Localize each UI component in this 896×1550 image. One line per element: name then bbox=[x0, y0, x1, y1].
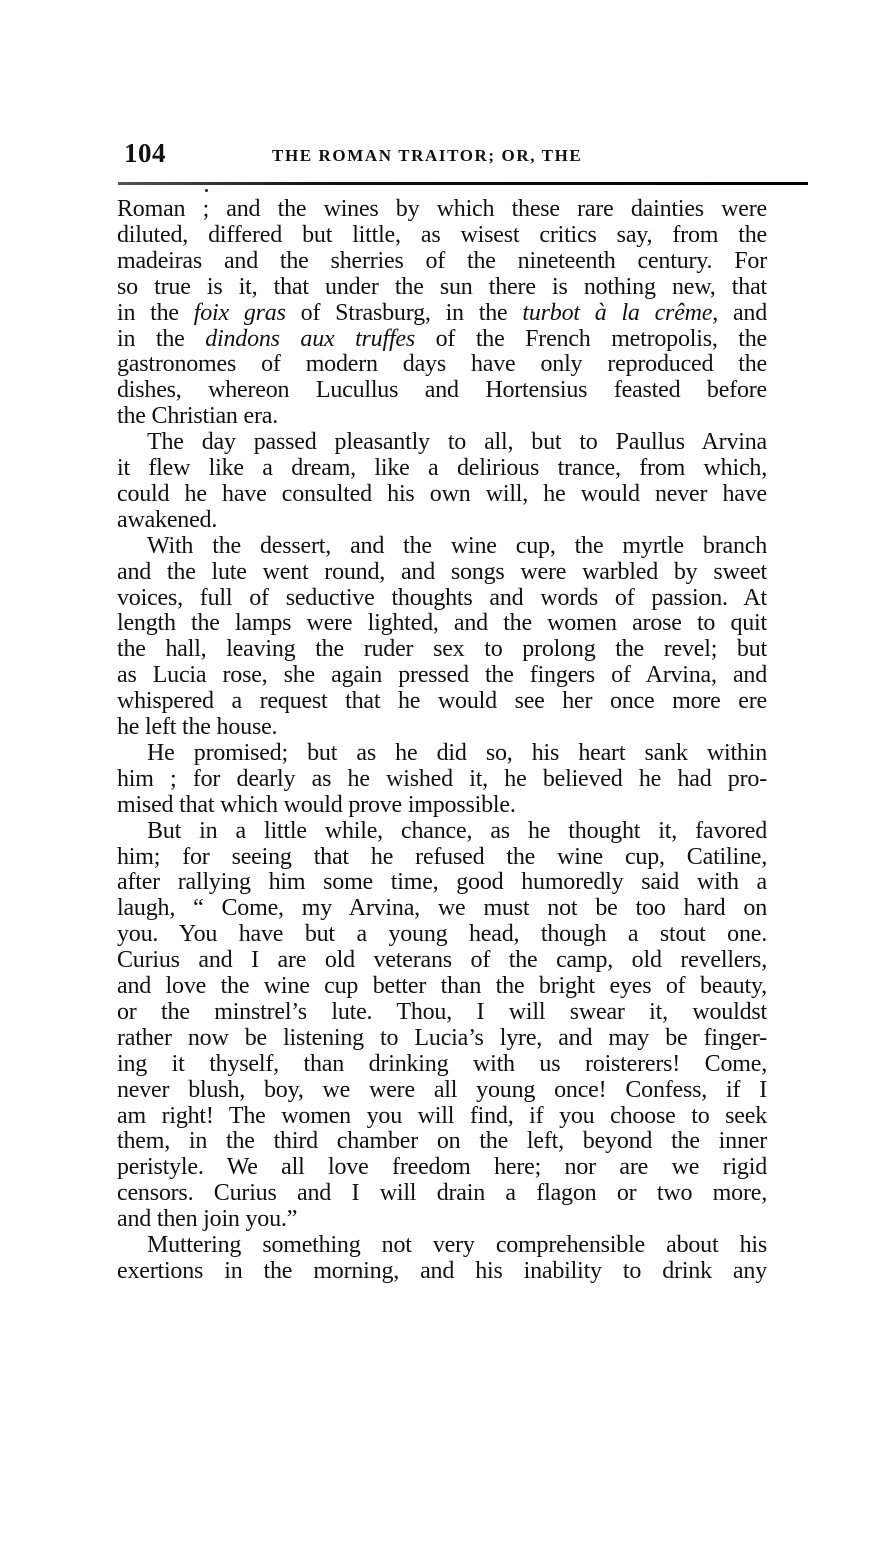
text-line: He promised; but as he did so, his heart… bbox=[117, 740, 767, 766]
text-line: him; for seeing that he refused the wine… bbox=[117, 844, 767, 870]
text-segment: madeiras and the sherries of the ninetee… bbox=[117, 248, 767, 274]
text-line: Roman ; and the wines by which these rar… bbox=[117, 196, 767, 222]
text-segment: exertions in the morning, and his inabil… bbox=[117, 1258, 767, 1284]
text-line: and the lute went round, and songs were … bbox=[117, 559, 767, 585]
text-line: as Lucia rose, she again pressed the fin… bbox=[117, 662, 767, 688]
text-segment: censors. Curius and I will drain a flago… bbox=[117, 1180, 767, 1206]
text-segment: you. You have but a young head, though a… bbox=[117, 921, 767, 947]
text-line: The day passed pleasantly to all, but to… bbox=[117, 429, 767, 455]
text-segment: peristyle. We all love freedom here; nor… bbox=[117, 1154, 767, 1180]
text-segment: The day passed pleasantly to all, but to… bbox=[147, 429, 767, 455]
text-segment: the hall, leaving the ruder sex to prolo… bbox=[117, 636, 767, 662]
running-head: 104 THE ROMAN TRAITOR; OR, THE bbox=[120, 138, 770, 172]
page-number: 104 bbox=[124, 138, 166, 169]
text-segment: whispered a request that he would see he… bbox=[117, 688, 767, 714]
text-segment: With the dessert, and the wine cup, the … bbox=[147, 533, 767, 559]
text-line: you. You have but a young head, though a… bbox=[117, 921, 767, 947]
text-segment: rather now be listening to Lucia’s lyre,… bbox=[117, 1025, 767, 1051]
text-line: laugh, “ Come, my Arvina, we must not be… bbox=[117, 895, 767, 921]
text-line: in the dindons aux truffes of the French… bbox=[117, 326, 767, 352]
running-title: THE ROMAN TRAITOR; OR, THE bbox=[272, 146, 582, 166]
text-line: exertions in the morning, and his inabil… bbox=[117, 1258, 767, 1284]
text-segment: or the minstrel’s lute. Thou, I will swe… bbox=[117, 999, 767, 1025]
text-line: diluted, differed but little, as wisest … bbox=[117, 222, 767, 248]
italic-phrase: foix gras bbox=[194, 300, 286, 326]
text-segment: am right! The women you will find, if yo… bbox=[117, 1103, 767, 1129]
text-segment: ing it thyself, than drinking with us ro… bbox=[117, 1051, 767, 1077]
text-segment: of the French metropolis, the bbox=[415, 326, 767, 352]
text-line: dishes, whereon Lucullus and Hortensius … bbox=[117, 377, 767, 403]
text-line: rather now be listening to Lucia’s lyre,… bbox=[117, 1025, 767, 1051]
text-line: whispered a request that he would see he… bbox=[117, 688, 767, 714]
text-segment: dishes, whereon Lucullus and Hortensius … bbox=[117, 377, 767, 403]
text-segment: as Lucia rose, she again pressed the fin… bbox=[117, 662, 767, 688]
text-line: the hall, leaving the ruder sex to prolo… bbox=[117, 636, 767, 662]
text-line: gastronomes of modern days have only rep… bbox=[117, 351, 767, 377]
text-line: Muttering something not very comprehensi… bbox=[117, 1232, 767, 1258]
text-segment: him; for seeing that he refused the wine… bbox=[117, 844, 767, 870]
text-line: With the dessert, and the wine cup, the … bbox=[117, 533, 767, 559]
text-segment: and then join you.” bbox=[117, 1206, 297, 1232]
text-segment: mised that which would prove impossible. bbox=[117, 792, 516, 818]
text-line: peristyle. We all love freedom here; nor… bbox=[117, 1154, 767, 1180]
text-line: ing it thyself, than drinking with us ro… bbox=[117, 1051, 767, 1077]
italic-phrase: turbot à la crême bbox=[522, 300, 712, 326]
text-segment: of Strasburg, in the bbox=[286, 300, 523, 326]
text-segment: after rallying him some time, good humor… bbox=[117, 869, 767, 895]
text-segment: , and bbox=[712, 300, 767, 326]
text-segment: He promised; but as he did so, his heart… bbox=[147, 740, 767, 766]
text-segment: him ; for dearly as he wished it, he bel… bbox=[117, 766, 767, 792]
text-segment: and love the wine cup better than the br… bbox=[117, 973, 767, 999]
text-segment: length the lamps were lighted, and the w… bbox=[117, 610, 767, 636]
text-segment: in the bbox=[117, 300, 194, 326]
text-line: censors. Curius and I will drain a flago… bbox=[117, 1180, 767, 1206]
print-speck bbox=[205, 189, 208, 192]
text-line: length the lamps were lighted, and the w… bbox=[117, 610, 767, 636]
text-line: them, in the third chamber on the left, … bbox=[117, 1128, 767, 1154]
text-segment: diluted, differed but little, as wisest … bbox=[117, 222, 767, 248]
header-rule bbox=[118, 182, 808, 185]
text-segment: But in a little while, chance, as he tho… bbox=[147, 818, 767, 844]
text-segment: Curius and I are old veterans of the cam… bbox=[117, 947, 767, 973]
text-line: the Christian era. bbox=[117, 403, 767, 429]
text-line: Curius and I are old veterans of the cam… bbox=[117, 947, 767, 973]
text-segment: awakened. bbox=[117, 507, 217, 533]
text-line: madeiras and the sherries of the ninetee… bbox=[117, 248, 767, 274]
book-page: 104 THE ROMAN TRAITOR; OR, THE Roman ; a… bbox=[0, 0, 896, 1550]
text-segment: could he have consulted his own will, he… bbox=[117, 481, 767, 507]
text-line: and then join you.” bbox=[117, 1206, 767, 1232]
text-segment: laugh, “ Come, my Arvina, we must not be… bbox=[117, 895, 767, 921]
text-segment: the Christian era. bbox=[117, 403, 278, 429]
text-segment: never blush, boy, we were all young once… bbox=[117, 1077, 767, 1103]
text-line: never blush, boy, we were all young once… bbox=[117, 1077, 767, 1103]
text-line: and love the wine cup better than the br… bbox=[117, 973, 767, 999]
text-segment: them, in the third chamber on the left, … bbox=[117, 1128, 767, 1154]
text-segment: gastronomes of modern days have only rep… bbox=[117, 351, 767, 377]
text-line: or the minstrel’s lute. Thou, I will swe… bbox=[117, 999, 767, 1025]
text-segment: it flew like a dream, like a delirious t… bbox=[117, 455, 767, 481]
text-segment: in the bbox=[117, 326, 205, 352]
text-segment: Roman ; and the wines by which these rar… bbox=[117, 196, 767, 222]
text-segment: and the lute went round, and songs were … bbox=[117, 559, 767, 585]
text-line: he left the house. bbox=[117, 714, 767, 740]
text-line: after rallying him some time, good humor… bbox=[117, 869, 767, 895]
text-line: it flew like a dream, like a delirious t… bbox=[117, 455, 767, 481]
text-segment: voices, full of seductive thoughts and w… bbox=[117, 585, 767, 611]
text-segment: so true is it, that under the sun there … bbox=[117, 274, 767, 300]
text-line: am right! The women you will find, if yo… bbox=[117, 1103, 767, 1129]
text-segment: he left the house. bbox=[117, 714, 277, 740]
text-segment: Muttering something not very comprehensi… bbox=[147, 1232, 767, 1258]
text-line: awakened. bbox=[117, 507, 767, 533]
text-line: mised that which would prove impossible. bbox=[117, 792, 767, 818]
text-line: so true is it, that under the sun there … bbox=[117, 274, 767, 300]
text-line: voices, full of seductive thoughts and w… bbox=[117, 585, 767, 611]
text-line: him ; for dearly as he wished it, he bel… bbox=[117, 766, 767, 792]
italic-phrase: dindons aux truffes bbox=[205, 326, 415, 352]
text-line: in the foix gras of Strasburg, in the tu… bbox=[117, 300, 767, 326]
text-line: But in a little while, chance, as he tho… bbox=[117, 818, 767, 844]
text-line: could he have consulted his own will, he… bbox=[117, 481, 767, 507]
